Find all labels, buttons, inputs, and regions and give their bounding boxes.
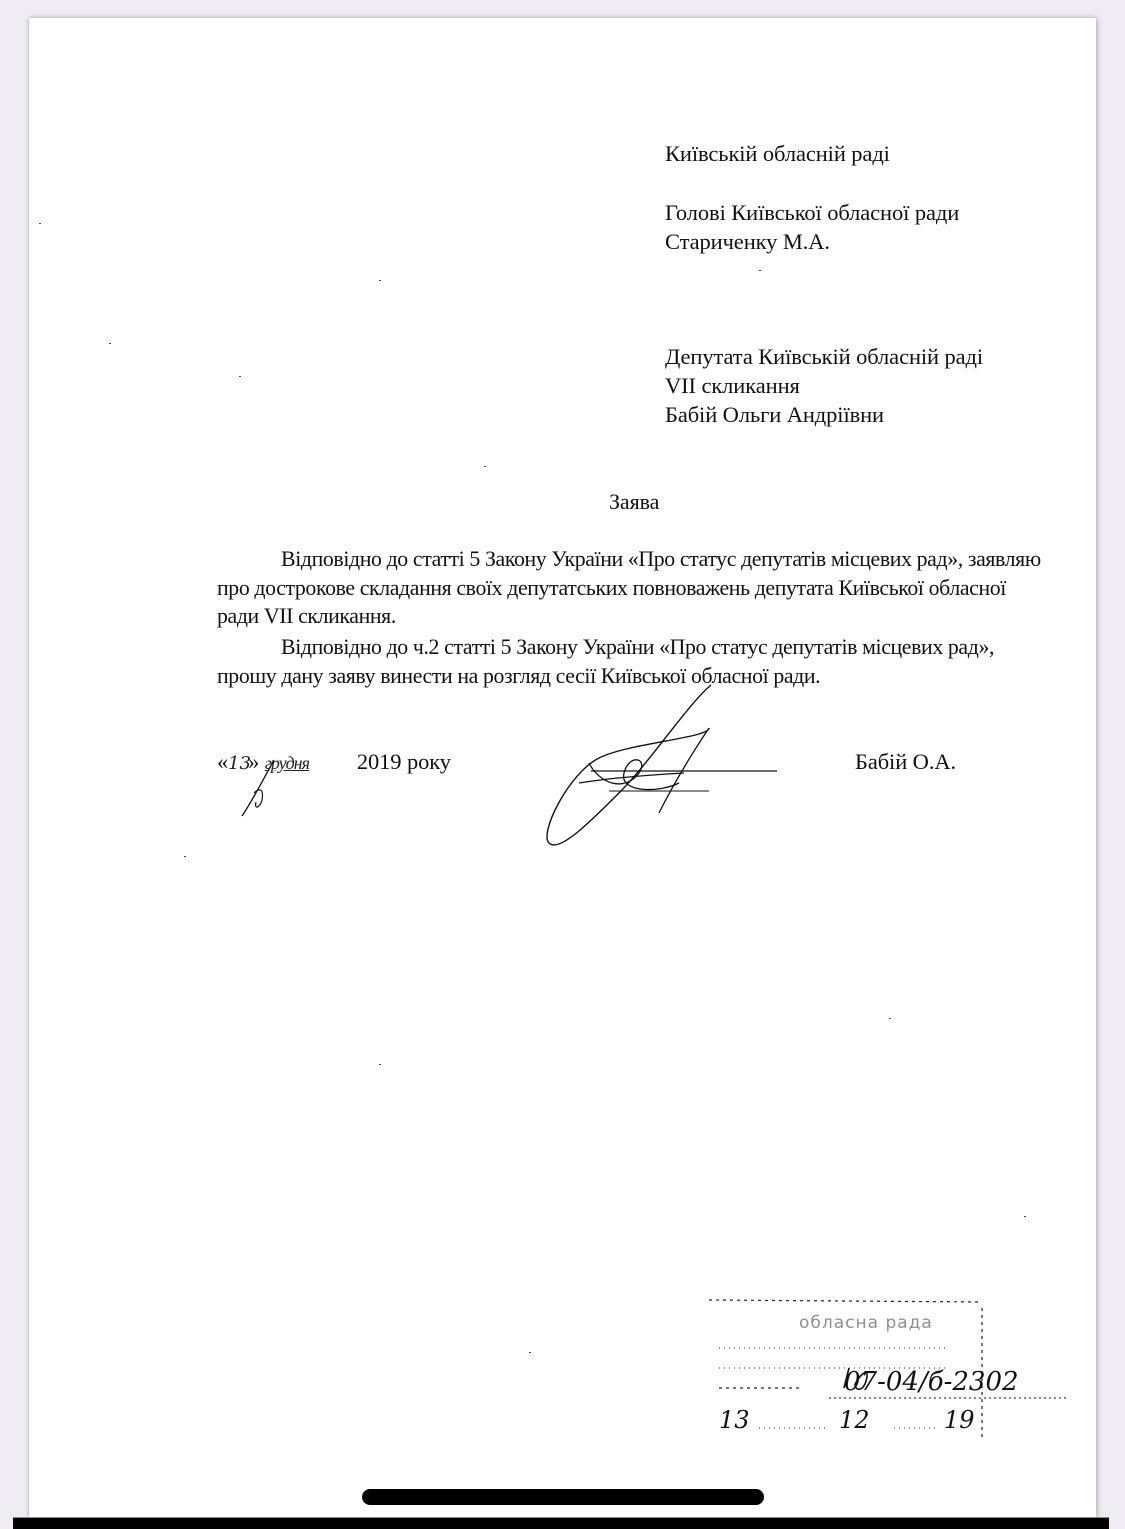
scan-speck — [759, 270, 761, 271]
scan-speck — [1024, 1216, 1026, 1217]
scan-speck — [39, 223, 41, 224]
home-indicator[interactable] — [362, 1489, 764, 1505]
stamp-date-month: 12 — [839, 1406, 870, 1434]
scan-speck — [889, 1018, 891, 1019]
addressee-line-1: Київській обласній раді — [665, 140, 890, 168]
scan-speck — [184, 856, 186, 857]
scan-speck — [379, 1064, 381, 1065]
sender-line-1: Депутата Київській обласній раді — [665, 343, 983, 371]
date-open-quote: « — [217, 749, 228, 774]
addressee-line-3: Стариченку М.А. — [665, 228, 830, 256]
document-page: Київській обласній раді Голові Київської… — [29, 18, 1096, 1518]
registration-stamp-icon: обласна рада 07-04/б-2302 13 12 19 — [699, 1288, 1079, 1458]
date-year: 2019 року — [357, 749, 451, 774]
scan-speck — [484, 466, 486, 467]
signature-icon — [529, 683, 779, 858]
sender-line-2: VII скликання — [665, 372, 800, 400]
addressee-line-2: Голові Київської обласної ради — [665, 199, 959, 227]
scan-speck — [239, 376, 241, 377]
scan-speck — [109, 343, 111, 344]
scan-speck — [379, 280, 381, 281]
stamp-date-day: 13 — [719, 1406, 750, 1434]
document-title: Заява — [609, 488, 659, 516]
date-handwriting-strokes — [234, 758, 294, 818]
stamp-date-year: 19 — [944, 1406, 975, 1434]
signer-name: Бабій О.А. — [855, 748, 956, 776]
stamp-registration-number: 07-04/б-2302 — [844, 1367, 1019, 1397]
bottom-bar — [13, 1517, 1109, 1529]
sender-line-3: Бабій Ольги Андріївни — [665, 401, 884, 429]
scan-speck — [529, 1352, 531, 1353]
paragraph-2: Відповідно до ч.2 статті 5 Закону Україн… — [217, 633, 1042, 690]
paragraph-1: Відповідно до статті 5 Закону України «П… — [217, 545, 1042, 631]
svg-text:обласна рада: обласна рада — [799, 1313, 933, 1333]
